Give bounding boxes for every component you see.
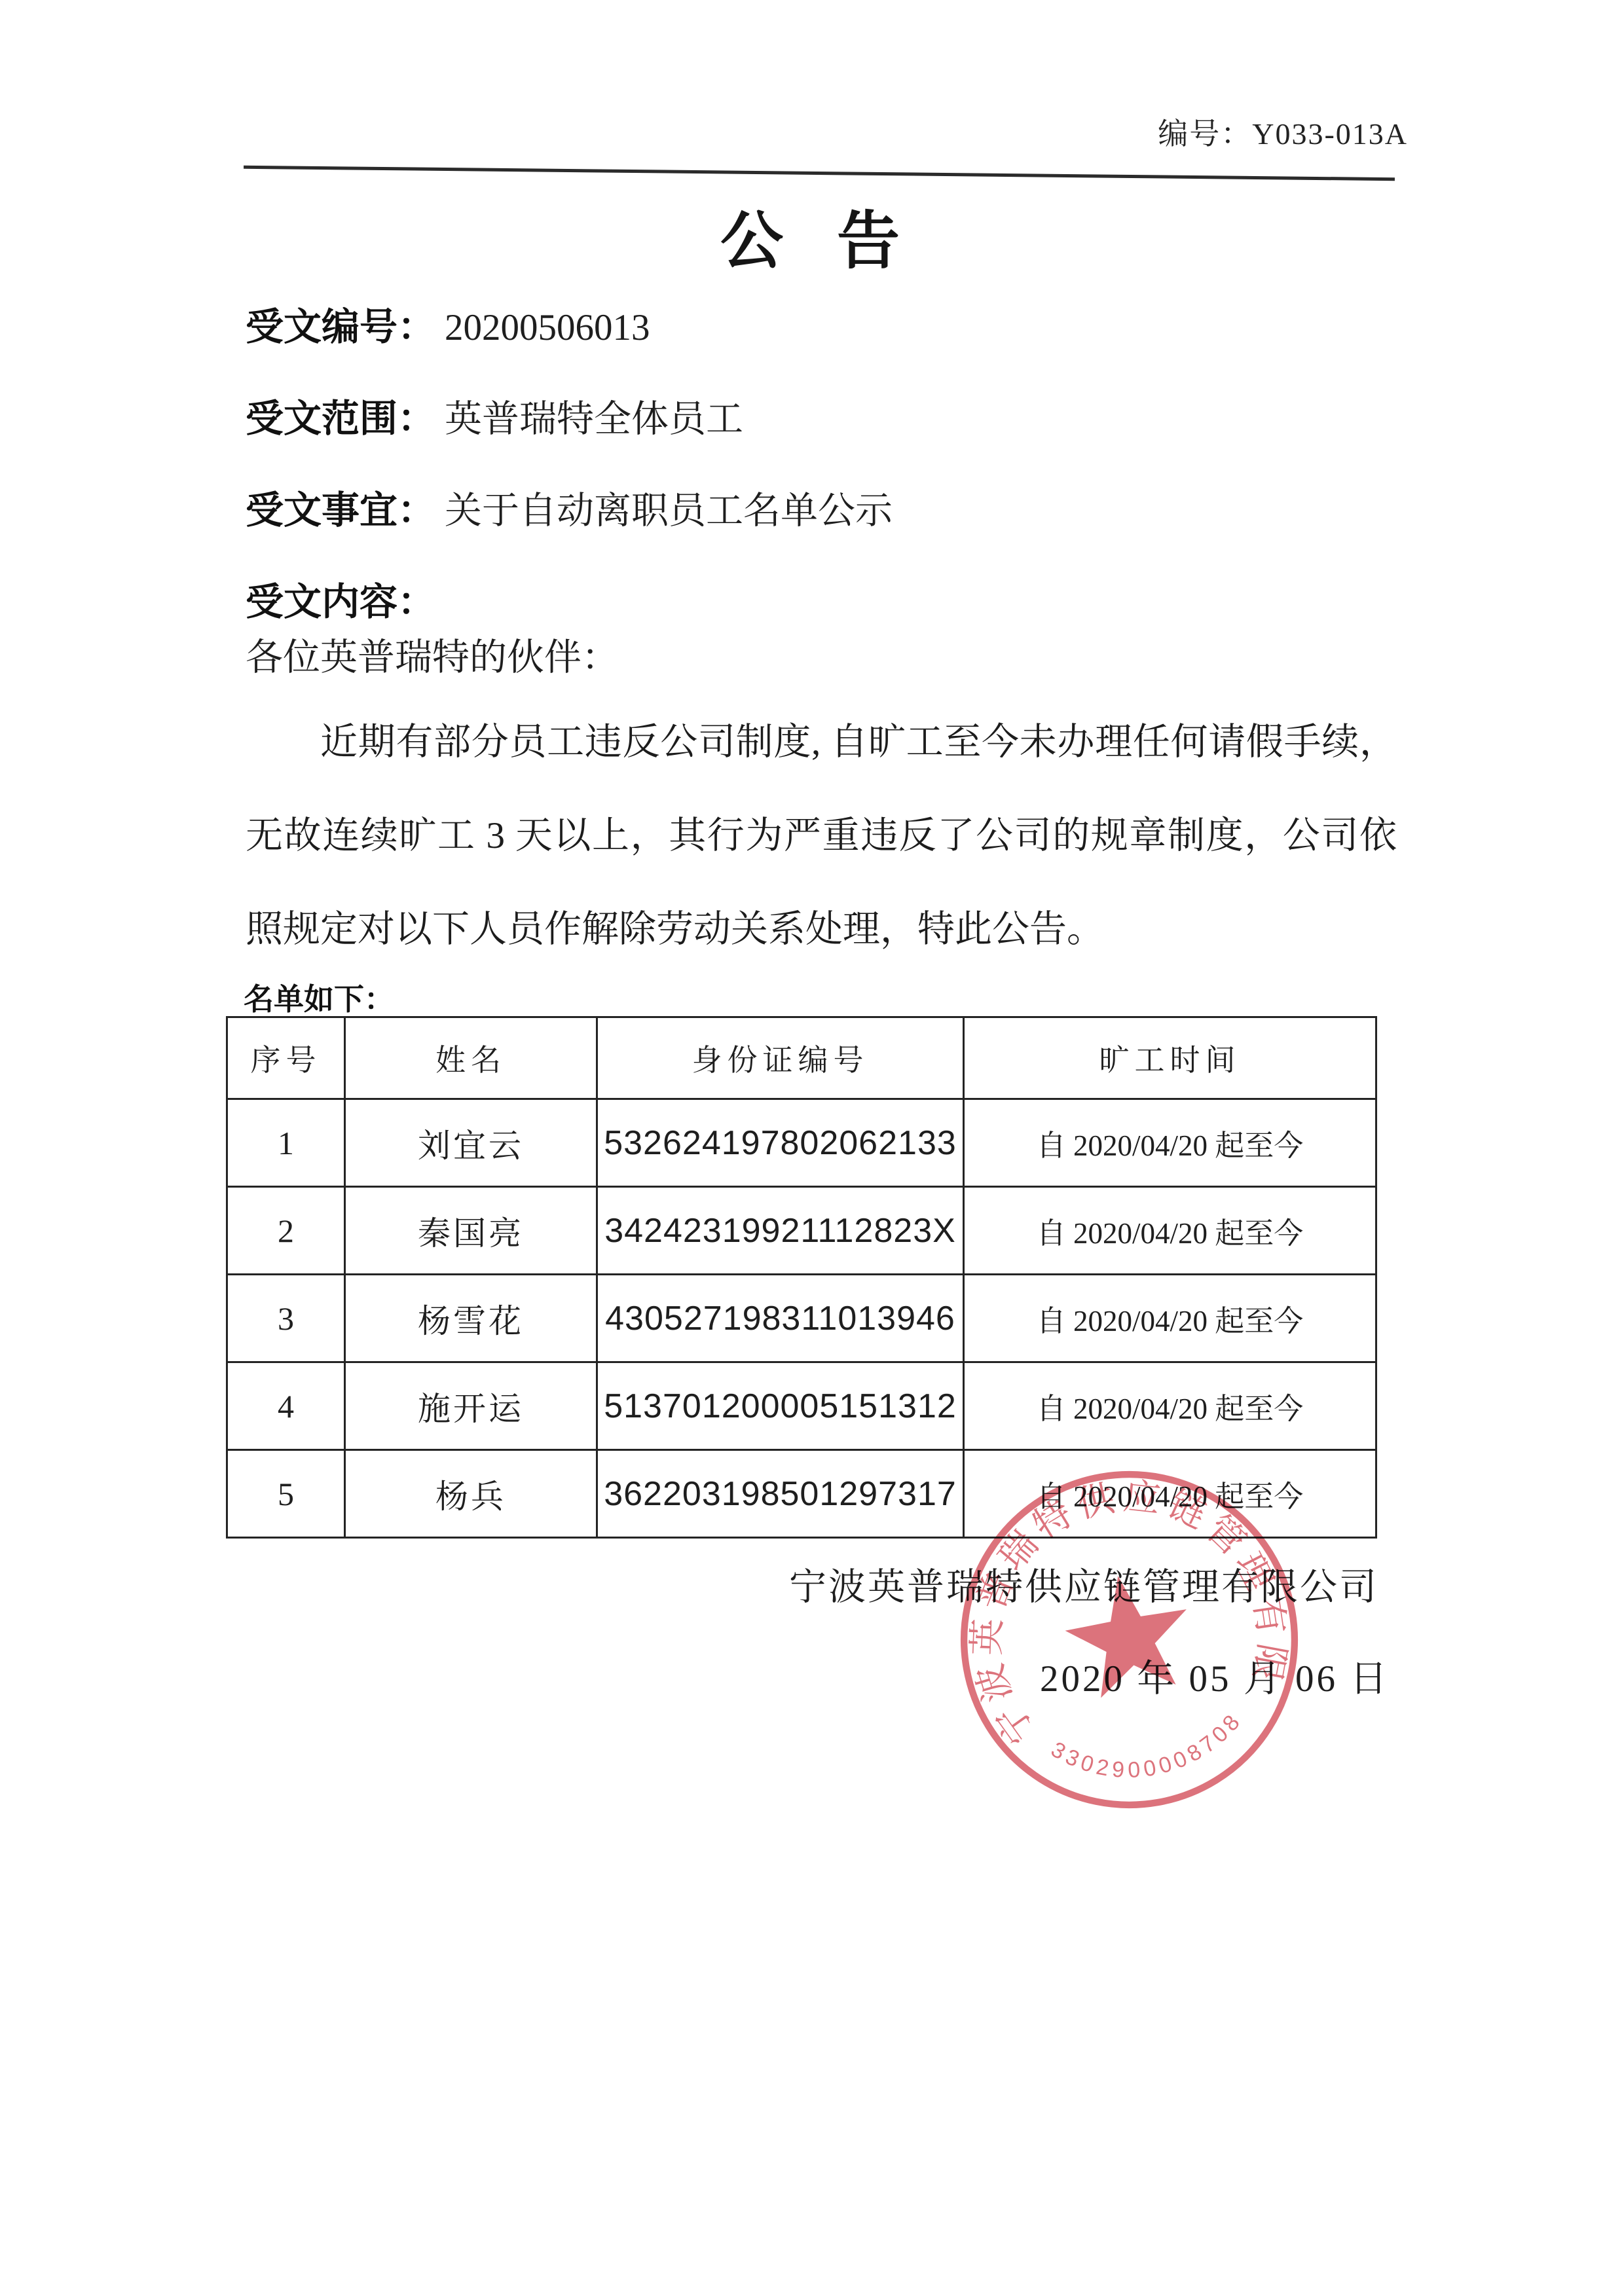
field-subject-label: 受文事宜： xyxy=(246,489,435,532)
field-doc-id-label: 受文编号： xyxy=(246,306,435,348)
header-name: 姓名 xyxy=(345,1017,597,1099)
seal-number-text: 3302900008708 xyxy=(1043,1704,1254,1798)
cell-seq: 4 xyxy=(227,1362,345,1450)
field-content-label: 受文内容： xyxy=(246,581,435,623)
cell-name: 杨兵 xyxy=(345,1450,597,1538)
field-scope-label: 受文范围： xyxy=(246,397,435,440)
table-row: 3 杨雪花 430527198311013946 自 2020/04/20 起至… xyxy=(227,1275,1376,1362)
list-label: 名单如下： xyxy=(244,975,394,1019)
cell-seq: 3 xyxy=(227,1275,345,1362)
cell-absence-period: 自 2020/04/20 起至今 xyxy=(964,1275,1376,1362)
header-id-number: 身份证编号 xyxy=(597,1017,964,1099)
header-absence-period: 旷工时间 xyxy=(964,1017,1376,1099)
header-rule-divider xyxy=(244,166,1395,181)
table-header-row: 序号 姓名 身份证编号 旷工时间 xyxy=(227,1017,1376,1099)
cell-name: 施开运 xyxy=(345,1362,597,1450)
cell-seq: 5 xyxy=(227,1450,345,1538)
field-scope: 受文范围：英普瑞特全体员工 xyxy=(246,388,743,443)
cell-id-number: 362203198501297317 xyxy=(597,1450,964,1538)
company-seal-stamp: 宁波英普瑞特供应链管理有限公司 3302900008708 xyxy=(944,1455,1314,1825)
page-title: 公 告 xyxy=(0,191,1624,281)
cell-seq: 1 xyxy=(227,1099,345,1187)
cell-id-number: 532624197802062133 xyxy=(597,1099,964,1187)
field-content: 受文内容： xyxy=(246,571,445,626)
cell-id-number: 34242319921112823X xyxy=(597,1187,964,1275)
cell-absence-period: 自 2020/04/20 起至今 xyxy=(964,1187,1376,1275)
cell-name: 杨雪花 xyxy=(345,1275,597,1362)
cell-absence-period: 自 2020/04/20 起至今 xyxy=(964,1362,1376,1450)
field-subject: 受文事宜：关于自动离职员工名单公示 xyxy=(246,479,893,534)
body-paragraph: 近期有部分员工违反公司制度, 自旷工至今未办理任何请假手续，无故连续旷工 3 天… xyxy=(246,695,1397,976)
cell-name: 秦国亮 xyxy=(345,1187,597,1275)
cell-seq: 2 xyxy=(227,1187,345,1275)
cell-id-number: 513701200005151312 xyxy=(597,1362,964,1450)
field-scope-value: 英普瑞特全体员工 xyxy=(445,399,743,440)
svg-text:3302900008708: 3302900008708 xyxy=(1043,1704,1254,1798)
document-number: 编号：Y033-013A xyxy=(1158,110,1408,153)
cell-id-number: 430527198311013946 xyxy=(597,1275,964,1362)
seal-star-icon xyxy=(1058,1565,1199,1702)
table-row: 1 刘宜云 532624197802062133 自 2020/04/20 起至… xyxy=(227,1099,1376,1187)
field-subject-value: 关于自动离职员工名单公示 xyxy=(445,490,893,532)
cell-absence-period: 自 2020/04/20 起至今 xyxy=(964,1099,1376,1187)
table-row: 4 施开运 513701200005151312 自 2020/04/20 起至… xyxy=(227,1362,1376,1450)
header-seq: 序号 xyxy=(227,1017,345,1099)
table-row: 2 秦国亮 34242319921112823X 自 2020/04/20 起至… xyxy=(227,1187,1376,1275)
cell-name: 刘宜云 xyxy=(345,1099,597,1187)
salutation: 各位英普瑞特的伙伴： xyxy=(246,627,619,681)
field-doc-id-value: 20200506013 xyxy=(445,307,650,348)
field-doc-id: 受文编号：20200506013 xyxy=(246,296,650,351)
